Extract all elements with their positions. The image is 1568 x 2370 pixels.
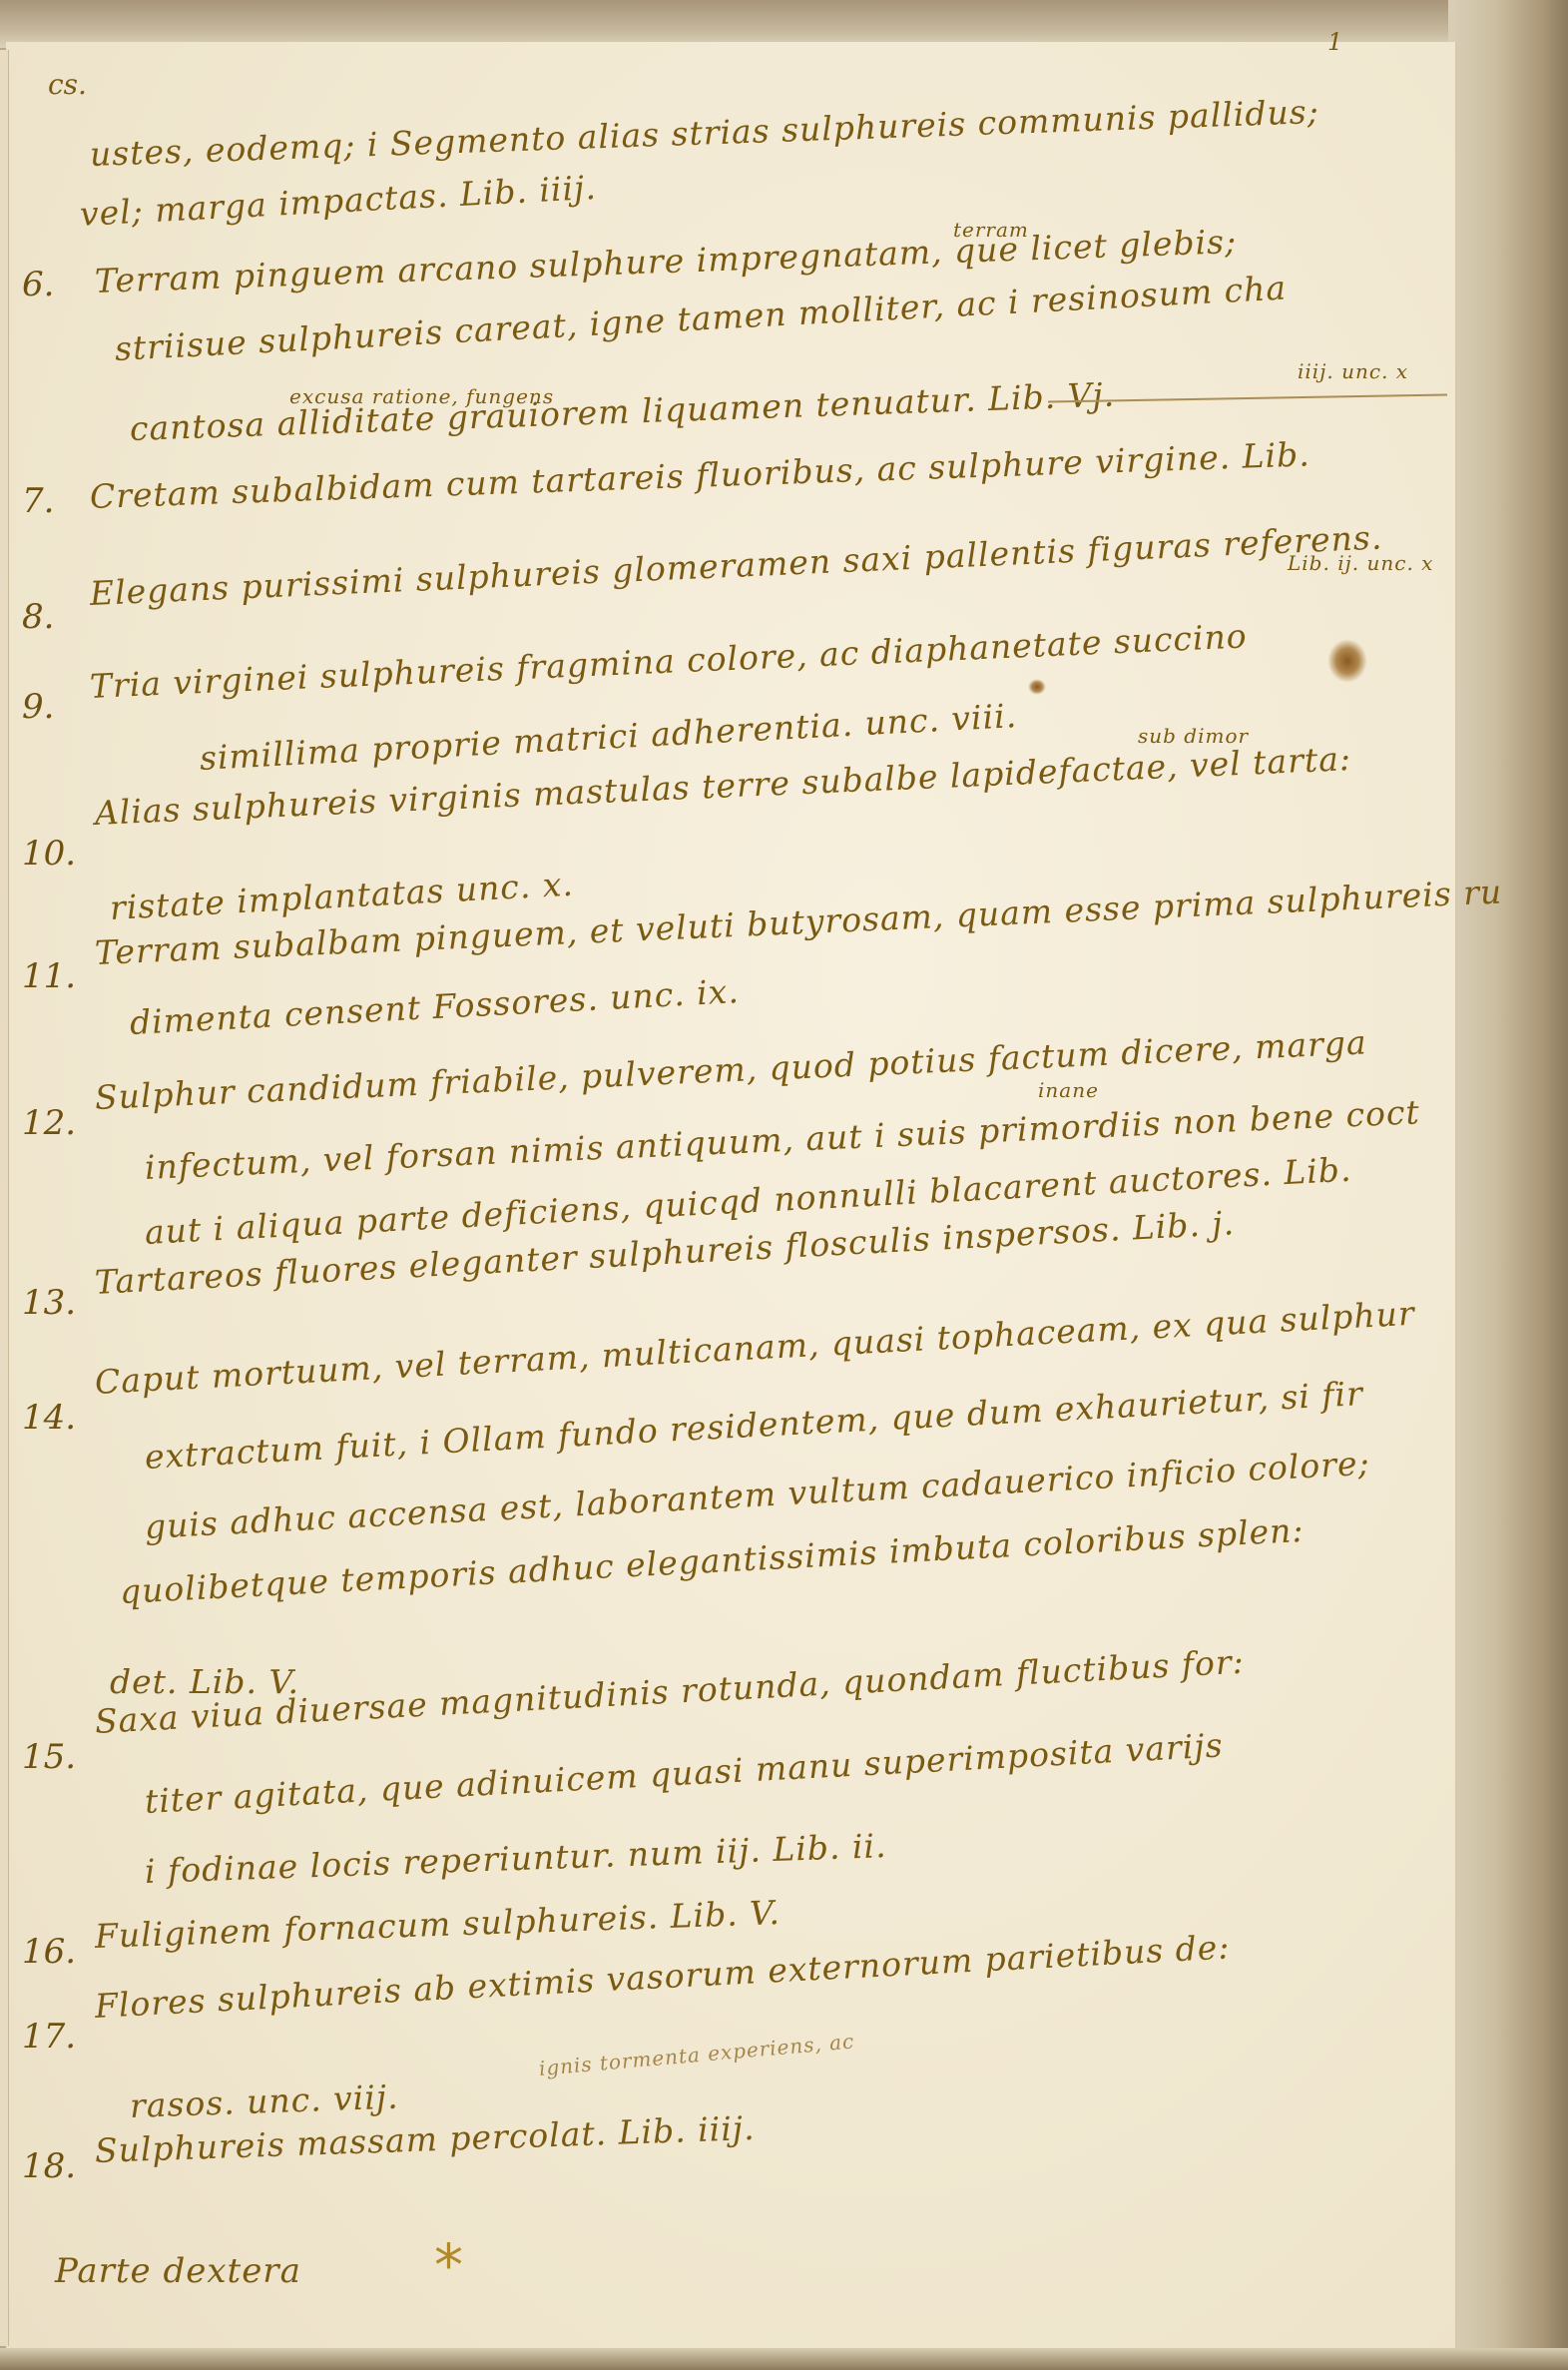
margin-note: Lib. ij. unc. x <box>1288 551 1433 575</box>
interlinear-correction: inane <box>1038 1078 1099 1102</box>
page-bottom-edge <box>0 2348 1568 2370</box>
item-number: 14. <box>22 1398 76 1438</box>
ink-stain <box>1327 639 1367 683</box>
asterisk-mark-icon: * <box>434 2231 463 2299</box>
item-number: 12. <box>22 1103 76 1143</box>
item-number: 16. <box>22 1932 76 1972</box>
item-number: 13. <box>22 1283 76 1323</box>
folio-mark-left: cs. <box>48 68 87 101</box>
margin-note: iiij. unc. x <box>1298 359 1408 383</box>
closing-note: Parte dextera <box>55 2251 301 2291</box>
book-binding <box>1448 0 1568 2370</box>
item-number: 8. <box>22 597 54 637</box>
item-number: 9. <box>22 687 54 727</box>
item-number: 11. <box>22 956 76 996</box>
item-number: 15. <box>22 1737 76 1777</box>
item-number: 6. <box>22 265 54 304</box>
item-number: 7. <box>22 481 54 521</box>
item-number: 18. <box>22 2146 76 2186</box>
item-number: 10. <box>22 834 76 874</box>
folio-mark-right: 1 <box>1327 28 1342 56</box>
previous-leaf-edge <box>0 50 9 2346</box>
ink-stain <box>1028 679 1046 695</box>
item-number: 17. <box>22 2017 76 2057</box>
